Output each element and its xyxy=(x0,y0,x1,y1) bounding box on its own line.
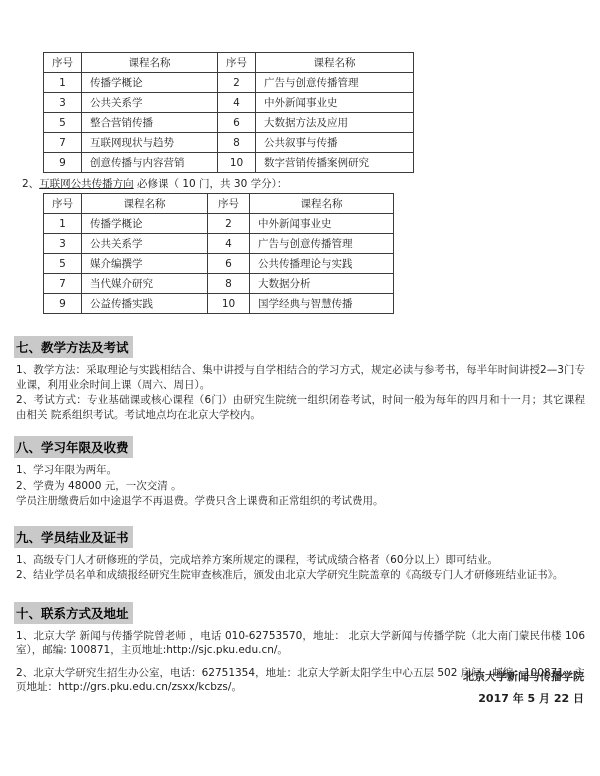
course-name-cell: 中外新闻事业史 xyxy=(250,214,394,234)
section-heading: 九、学员结业及证书 xyxy=(14,526,133,548)
paragraph: 2、考试方式：专业基础课或核心课程（6门）由研究生院统一组织闭卷考试，时间一般为… xyxy=(16,393,585,422)
column-header: 序号 xyxy=(44,194,82,214)
section-heading: 八、学习年限及收费 xyxy=(14,436,133,458)
table-header-row: 序号课程名称序号课程名称 xyxy=(44,194,394,214)
course-name-cell: 国学经典与智慧传播 xyxy=(250,294,394,314)
table-row: 9创意传播与内容营销10数字营销传播案例研究 xyxy=(44,153,414,173)
table-row: 3公共关系学4中外新闻事业史 xyxy=(44,93,414,113)
table-row: 9公益传播实践10国学经典与智慧传播 xyxy=(44,294,394,314)
table-row: 3公共关系学4广告与创意传播管理 xyxy=(44,234,394,254)
course-name-cell: 互联网现状与趋势 xyxy=(82,133,218,153)
table-row: 7当代媒介研究8大数据分析 xyxy=(44,274,394,294)
table-row: 1传播学概论2广告与创意传播管理 xyxy=(44,73,414,93)
section-duration-fees: 八、学习年限及收费 1、学习年限为两年。 2、学费为 48000 元，一次交清 … xyxy=(16,422,585,509)
course-number-cell: 2 xyxy=(218,73,256,93)
course-number-cell: 1 xyxy=(44,214,82,234)
paragraph: 学员注册缴费后如中途退学不再退费。学费只含上课费和正常组织的考试费用。 xyxy=(16,494,585,509)
signature-date: 2017 年 5 月 22 日 xyxy=(463,688,584,710)
table-header-row: 序号课程名称序号课程名称 xyxy=(44,53,414,73)
course-number-cell: 5 xyxy=(44,113,82,133)
section-completion-certificate: 九、学员结业及证书 1、高级专门人才研修班的学员，完成培养方案所规定的课程，考试… xyxy=(16,509,585,583)
column-header: 序号 xyxy=(218,53,256,73)
table-row: 1传播学概论2中外新闻事业史 xyxy=(44,214,394,234)
course-number-cell: 5 xyxy=(44,254,82,274)
contact-paragraph: 1、北京大学 新闻与传播学院曾老师 ，电话 010-62753570，地址： 北… xyxy=(16,629,585,658)
paragraph: 2、学费为 48000 元，一次交清 。 xyxy=(16,479,585,494)
course-name-cell: 大数据分析 xyxy=(250,274,394,294)
course-name-cell: 广告与创意传播管理 xyxy=(256,73,414,93)
course-number-cell: 4 xyxy=(218,93,256,113)
course-name-cell: 公共关系学 xyxy=(82,93,218,113)
caption-number: 2、 xyxy=(22,178,39,190)
course-number-cell: 4 xyxy=(208,234,250,254)
course-name-cell: 媒介编撰学 xyxy=(82,254,208,274)
column-header: 序号 xyxy=(208,194,250,214)
column-header: 课程名称 xyxy=(250,194,394,214)
section-heading: 七、教学方法及考试 xyxy=(14,336,133,358)
required-courses-table-1: 序号课程名称序号课程名称1传播学概论2广告与创意传播管理3公共关系学4中外新闻事… xyxy=(43,52,414,173)
course-name-cell: 数字营销传播案例研究 xyxy=(256,153,414,173)
caption-detail: 必修课（ 10 门，共 30 学分）： xyxy=(134,178,288,190)
section-heading: 十、联系方式及地址 xyxy=(14,602,133,624)
document-page: 序号课程名称序号课程名称1传播学概论2广告与创意传播管理3公共关系学4中外新闻事… xyxy=(0,0,600,776)
course-number-cell: 3 xyxy=(44,234,82,254)
course-number-cell: 3 xyxy=(44,93,82,113)
paragraph: 2、结业学员名单和成绩报经研究生院审查核准后，颁发由北京大学研究生院盖章的《高级… xyxy=(16,568,585,583)
course-number-cell: 10 xyxy=(218,153,256,173)
column-header: 课程名称 xyxy=(82,194,208,214)
course-name-cell: 公共叙事与传播 xyxy=(256,133,414,153)
course-number-cell: 7 xyxy=(44,274,82,294)
course-number-cell: 9 xyxy=(44,294,82,314)
course-name-cell: 当代媒介研究 xyxy=(82,274,208,294)
course-name-cell: 传播学概论 xyxy=(82,214,208,234)
required-courses-table-2: 序号课程名称序号课程名称1传播学概论2中外新闻事业史3公共关系学4广告与创意传播… xyxy=(43,193,394,314)
course-name-cell: 创意传播与内容营销 xyxy=(82,153,218,173)
course-name-cell: 广告与创意传播管理 xyxy=(250,234,394,254)
course-name-cell: 整合营销传播 xyxy=(82,113,218,133)
course-name-cell: 大数据方法及应用 xyxy=(256,113,414,133)
table-row: 5整合营销传播6大数据方法及应用 xyxy=(44,113,414,133)
course-name-cell: 中外新闻事业史 xyxy=(256,93,414,113)
paragraph: 1、高级专门人才研修班的学员，完成培养方案所规定的课程，考试成绩合格者（60分以… xyxy=(16,553,585,568)
course-number-cell: 8 xyxy=(218,133,256,153)
table-row: 5媒介编撰学6公共传播理论与实践 xyxy=(44,254,394,274)
course-number-cell: 9 xyxy=(44,153,82,173)
column-header: 课程名称 xyxy=(82,53,218,73)
signature-block: 北京大学新闻与传播学院 2017 年 5 月 22 日 xyxy=(463,666,584,710)
course-name-cell: 传播学概论 xyxy=(82,73,218,93)
section-teaching-methods: 七、教学方法及考试 1、教学方法：采取理论与实践相结合、集中讲授与自学相结合的学… xyxy=(16,314,585,422)
paragraph: 1、学习年限为两年。 xyxy=(16,463,585,478)
course-number-cell: 8 xyxy=(208,274,250,294)
course-number-cell: 6 xyxy=(218,113,256,133)
course-number-cell: 10 xyxy=(208,294,250,314)
paragraph: 1、教学方法：采取理论与实践相结合、集中讲授与自学相结合的学习方式，规定必读与参… xyxy=(16,363,585,392)
table-row: 7互联网现状与趋势8公共叙事与传播 xyxy=(44,133,414,153)
course-name-cell: 公益传播实践 xyxy=(82,294,208,314)
caption-track-name: 互联网公共传播方向 xyxy=(39,178,134,190)
course-name-cell: 公共关系学 xyxy=(82,234,208,254)
table2-caption: 2、互联网公共传播方向 必修课（ 10 门，共 30 学分）： xyxy=(22,178,585,191)
course-number-cell: 2 xyxy=(208,214,250,234)
course-name-cell: 公共传播理论与实践 xyxy=(250,254,394,274)
column-header: 课程名称 xyxy=(256,53,414,73)
column-header: 序号 xyxy=(44,53,82,73)
course-number-cell: 6 xyxy=(208,254,250,274)
signing-organization: 北京大学新闻与传播学院 xyxy=(463,666,584,688)
course-number-cell: 1 xyxy=(44,73,82,93)
course-number-cell: 7 xyxy=(44,133,82,153)
